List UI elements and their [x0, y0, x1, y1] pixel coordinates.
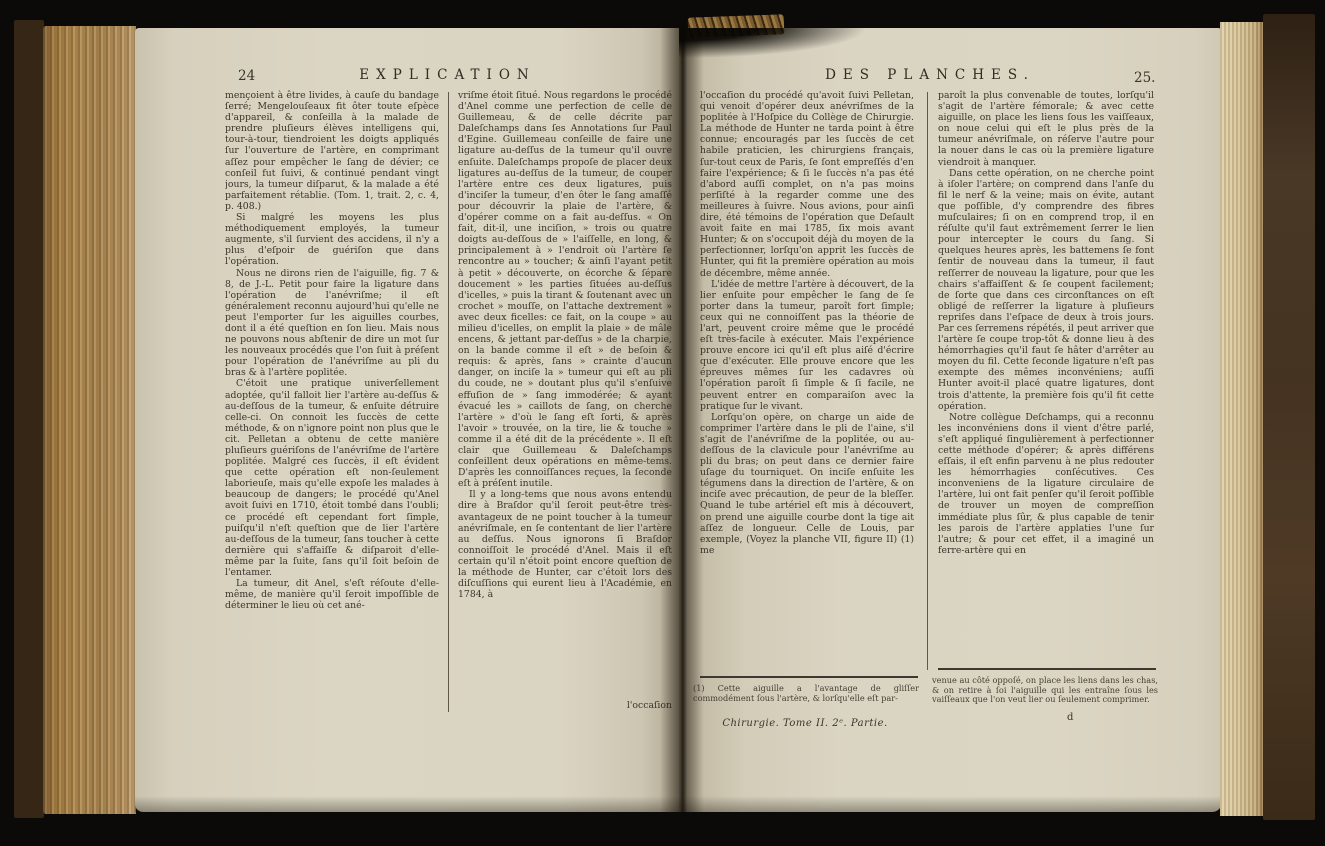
- page-curve-shadow: [679, 28, 939, 68]
- right-page: DES PLANCHES. 25. l'occaſion du procédé …: [679, 28, 1222, 812]
- right-page-stack-edge: [1220, 22, 1263, 816]
- left-cover-board: [14, 20, 44, 818]
- paragraph: C'étoit une pratique univerſellement ado…: [225, 378, 439, 578]
- running-header-right: DES PLANCHES.: [699, 67, 1161, 83]
- paragraph: Dans cette opération, on ne cherche poin…: [938, 168, 1154, 412]
- footnote-left: (1) Cette aiguille a l'avantage de gliſſ…: [693, 684, 919, 714]
- page-bottom-shadow: [135, 796, 1223, 812]
- column-rule: [448, 92, 449, 712]
- paragraph: vriſme étoit ſitué. Nous regardons le pr…: [458, 90, 672, 489]
- left-page-stack-edge: [43, 26, 136, 814]
- gathering-signature-mark: d: [1067, 712, 1073, 723]
- paragraph: Notre collègue Deſchamps, qui a reconnu …: [938, 412, 1154, 556]
- volume-signature-line: Chirurgie. Tome II. 2ᵉ. Partie.: [689, 718, 921, 729]
- paragraph: L'idée de mettre l'artère à découvert, d…: [700, 279, 914, 412]
- running-header-left: EXPLICATION: [225, 67, 670, 83]
- paragraph: l'occaſion du procédé qu'avoit ſuivi Pel…: [700, 90, 914, 279]
- page-number-right: 25.: [1134, 70, 1155, 86]
- paragraph: paroît la plus convenable de toutes, lor…: [938, 90, 1154, 168]
- column-rule: [927, 92, 928, 670]
- photo-background: { "colors": { "bg": "#0b0a08", "paper": …: [0, 0, 1325, 846]
- paragraph: Si malgré les moyens les plus méthodique…: [225, 212, 439, 267]
- footnote-right: venue au côté oppoſé, on place les liens…: [932, 676, 1158, 718]
- left-page-column-2: vriſme étoit ſitué. Nous regardons le pr…: [458, 90, 672, 710]
- footnote-rule: [700, 676, 918, 678]
- paragraph: Nous ne dirons rien de l'aiguille, fig. …: [225, 268, 439, 379]
- paragraph: Lorſqu'on opère, on charge un aide de co…: [700, 412, 914, 556]
- footnote-rule: [938, 668, 1156, 670]
- gutter-shadow: [660, 28, 704, 812]
- catchword: l'occaſion: [458, 700, 672, 711]
- right-cover-board: [1263, 14, 1315, 820]
- right-page-column-1: l'occaſion du procédé qu'avoit ſuivi Pel…: [700, 90, 914, 670]
- right-page-column-2: paroît la plus convenable de toutes, lor…: [938, 90, 1154, 662]
- left-page-column-1: mençoient à être livides, à cauſe du ban…: [225, 90, 439, 714]
- paragraph: La tumeur, dit Anel, s'eſt réſoute d'ell…: [225, 578, 439, 611]
- left-page: 24 EXPLICATION mençoient à être livides,…: [135, 28, 679, 812]
- paragraph: mençoient à être livides, à cauſe du ban…: [225, 90, 439, 212]
- paragraph: Il y a long-tems que nous avons entendu …: [458, 489, 672, 600]
